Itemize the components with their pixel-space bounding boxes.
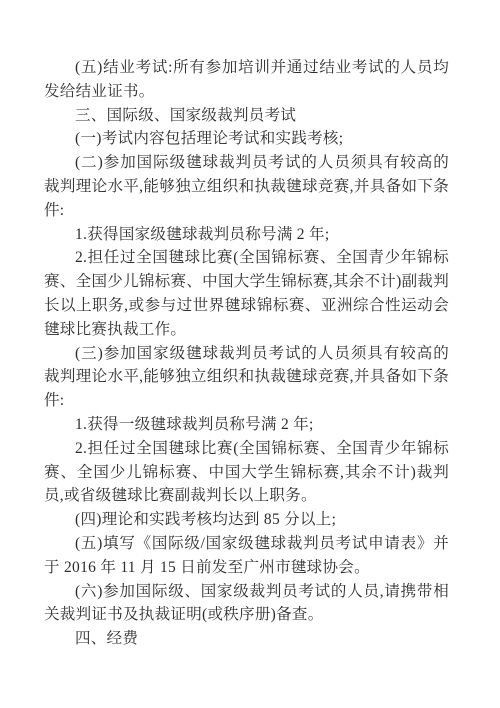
heading-section-three: 三、国际级、国家级裁判员考试	[44, 104, 449, 128]
para-score-requirement: (四)理论和实践考核均达到 85 分以上;	[44, 508, 449, 532]
heading-section-four: 四、经费	[44, 627, 449, 651]
document-page: (五)结业考试:所有参加培训并通过结业考试的人员均发给结业证书。三、国际级、国家…	[0, 0, 500, 708]
para-application-form: (五)填写《国际级/国家级毽球裁判员考试申请表》并于 2016 年 11 月 1…	[44, 532, 449, 580]
para-international-requirements: (二)参加国际级毽球裁判员考试的人员须具有较高的裁判理论水平,能够独立组织和执裁…	[44, 151, 449, 222]
para-certificates-check: (六)参加国际级、国家级裁判员考试的人员,请携带相关裁判证书及执裁证明(或秩序册…	[44, 580, 449, 628]
para-intl-condition-2: 2.担任过全国毽球比赛(全国锦标赛、全国青少年锦标赛、全国少儿锦标赛、中国大学生…	[44, 246, 449, 341]
para-completion-exam: (五)结业考试:所有参加培训并通过结业考试的人员均发给结业证书。	[44, 56, 449, 104]
document-body: (五)结业考试:所有参加培训并通过结业考试的人员均发给结业证书。三、国际级、国家…	[44, 56, 449, 651]
para-intl-condition-1: 1.获得国家级毽球裁判员称号满 2 年;	[44, 223, 449, 247]
para-exam-content: (一)考试内容包括理论考试和实践考核;	[44, 127, 449, 151]
para-natl-condition-2: 2.担任过全国毽球比赛(全国锦标赛、全国青少年锦标赛、全国少儿锦标赛、中国大学生…	[44, 437, 449, 508]
para-natl-condition-1: 1.获得一级毽球裁判员称号满 2 年;	[44, 413, 449, 437]
para-national-requirements: (三)参加国家级毽球裁判员考试的人员须具有较高的裁判理论水平,能够独立组织和执裁…	[44, 342, 449, 413]
